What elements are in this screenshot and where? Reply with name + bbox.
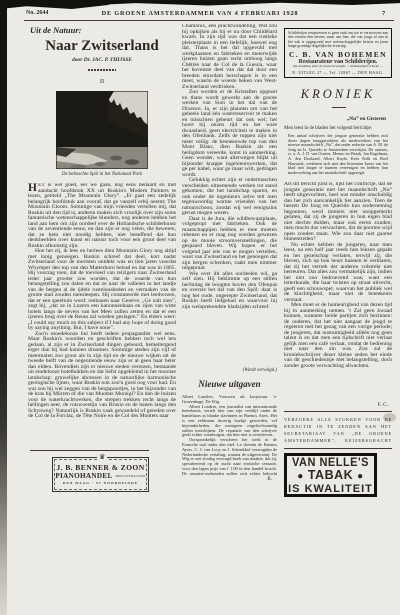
benner-ad-note: HOFLEVERANCIER [116, 474, 146, 478]
article-paragraph: Gelukkig echter zijn er ondertusschen ve… [182, 178, 277, 217]
van-nelle-quality-line: IS KWALITEIT [287, 483, 374, 495]
kroniek-paragraph: Men moet er de humeurigheid van dezen ti… [284, 303, 392, 369]
drop-cap: H [28, 183, 38, 193]
kroniek-paragraph: Als dit bericht juist is, lijkt het conf… [284, 182, 392, 243]
kroniek-subtitle: „Nu” en Gisteren [284, 116, 386, 122]
article-paragraph: Zoo worden er de Kristallen opgezet en t… [182, 90, 277, 178]
column-rule [30, 450, 149, 451]
article-rubric: Uit de Natuur: [30, 25, 81, 35]
benner-piano-ad: ♛ J. B. BENNER & ZOON PIANOHANDEL HOFLEV… [52, 457, 149, 492]
benner-ad-type: PIANOHANDEL [55, 472, 112, 480]
kroniek-paragraph: Nu echter hebben de jongeren, naar men l… [284, 243, 392, 304]
article-continuation: Chamonix, een prachtwandeling. Wat zou h… [182, 24, 277, 365]
van-nelle-brand-line: VAN NELLE'S [287, 457, 374, 470]
bohemen-ad-endorsement: Als zoodanig door de meest bevoegde — de… [288, 65, 388, 69]
bohemen-ad-address: N. UITLEG 27 — Tel. 12867 — DEN HAAG. [288, 70, 388, 75]
tabak-dot-right-icon: ● [357, 471, 364, 482]
article-paragraph: HET is wel goed, eer we gaan, nog eens b… [28, 183, 176, 249]
bohemen-ad-text: Schilderijen restaureeren is geen taak o… [288, 31, 388, 49]
bohemen-restorer-ad: Schilderijen restaureeren is geen taak o… [284, 28, 392, 78]
scan-top-edge-corner [0, 0, 120, 9]
kroniek-intro: Men leest in de bladen het volgend beric… [284, 126, 392, 131]
to-be-continued-note: (Wordt vervolgd.) [182, 368, 277, 373]
masthead: DE GROENE AMSTERDAMMER VAN 4 FEBRUARI 19… [0, 10, 400, 17]
kroniek-divider [332, 107, 346, 108]
crown-icon: ♛ [97, 453, 107, 461]
ornament-divider [88, 69, 116, 71]
article-paragraph: Wie over dit alles oordeelen wil, ga zel… [182, 272, 277, 311]
kroniek-signature: F. C. [284, 402, 388, 408]
review-signature: B. [182, 477, 272, 482]
kroniek-press-quote: Een aantal schrijvers der jongste genera… [288, 134, 388, 179]
article-title: Naar Zwitserland [28, 38, 176, 55]
kroniek-body: Als dit bericht juist is, lijkt het conf… [284, 182, 392, 401]
van-nelle-product-word: TABAK [308, 468, 353, 482]
review-paragraph: Oorspronkelijk verscheen het werk in de … [182, 438, 277, 477]
article-body: HET is wel goed, eer we gaan, nog eens b… [28, 183, 176, 447]
kroniek-title: KRONIEK [284, 87, 392, 102]
photo-caption: De beboschte Spöl in het Nationaal Park [28, 172, 176, 177]
van-nelle-tobacco-ad: VAN NELLE'S ● TABAK ● IS KWALITEIT [284, 453, 377, 497]
article-byline: door Dr. JAC. P. THIJSSE [28, 57, 176, 63]
van-nelle-product-line: ● TABAK ● [287, 469, 374, 483]
notice-rule-top [284, 411, 392, 412]
tabak-dot-left-icon: ● [297, 471, 304, 482]
notice-rule-bottom [284, 448, 392, 449]
scan-left-edge [0, 0, 7, 615]
review-paragraph: Albert Londres, een journalist van inter… [182, 405, 277, 439]
article-part-number: II [28, 78, 176, 85]
benner-ad-address: DEN HAAG · 97 NOORDEINDE [53, 481, 148, 485]
bohemen-ad-name: C. B. VAN BOHEMEN [288, 50, 388, 59]
header-rule [24, 20, 394, 21]
new-releases-heading: Nieuwe uitgaven [182, 379, 277, 389]
article-paragraph: Zoo'n moedelooze bui heeft iedere propag… [28, 332, 176, 420]
article-paragraph: Hoe het zij, ik lees en herlees dien Mou… [28, 249, 176, 332]
benner-ad-name: J. B. BENNER & ZOON [53, 463, 148, 472]
article-paragraph: Chamonix, een prachtwandeling. Wat zou h… [182, 24, 277, 90]
redaction-notice: Verzoeke alle stukken voor de Redactie i… [284, 416, 392, 446]
newspaper-page: No. 2644 DE GROENE AMSTERDAMMER VAN 4 FE… [0, 0, 400, 615]
mountain-photo [56, 91, 148, 169]
new-releases-body: Albert Londres, Vrouwen als koopwaar. 's… [182, 395, 277, 477]
page-number: 7 [382, 10, 385, 17]
article-paragraph: Daar is de Jura, die wildbewaarplaats, v… [182, 217, 277, 272]
